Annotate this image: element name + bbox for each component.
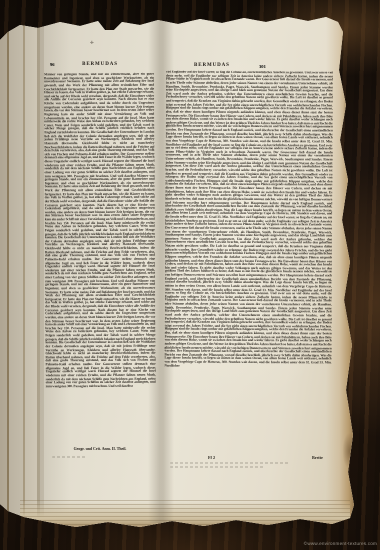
left-running-header: BERMUDAS: [45, 62, 155, 67]
page-stack-edges-bottom: [20, 500, 350, 528]
right-page-body: viel Engländer auf der Insel waren; so f…: [164, 71, 333, 453]
ink-mark: ✛: [90, 40, 94, 46]
bleed-through-marks: [52, 456, 86, 458]
right-page-number: 301: [259, 64, 266, 69]
bleed-through-marks: [170, 462, 290, 464]
photo-scene: ✛ 96 BERMUDAS Männer von geringem Stande…: [0, 0, 380, 550]
catchword: Breite: [312, 455, 323, 460]
left-page-body: Männer von geringem Stande, und nur ein …: [44, 73, 156, 446]
page-top-edge: [0, 0, 380, 10]
watermark-credit: ©www.environment-textures.com: [304, 541, 377, 546]
bleed-through-marks: [170, 466, 265, 468]
right-running-header: BERMUDAS: [194, 63, 230, 68]
left-page-footer: Geogr. und Crit. Anm. II. Theil.: [45, 447, 155, 451]
signature-mark: Ff 2: [208, 455, 215, 460]
open-book: ✛ 96 BERMUDAS Männer von geringem Stande…: [0, 0, 380, 550]
page-surface: ✛ 96 BERMUDAS Männer von geringem Stande…: [0, 0, 380, 550]
